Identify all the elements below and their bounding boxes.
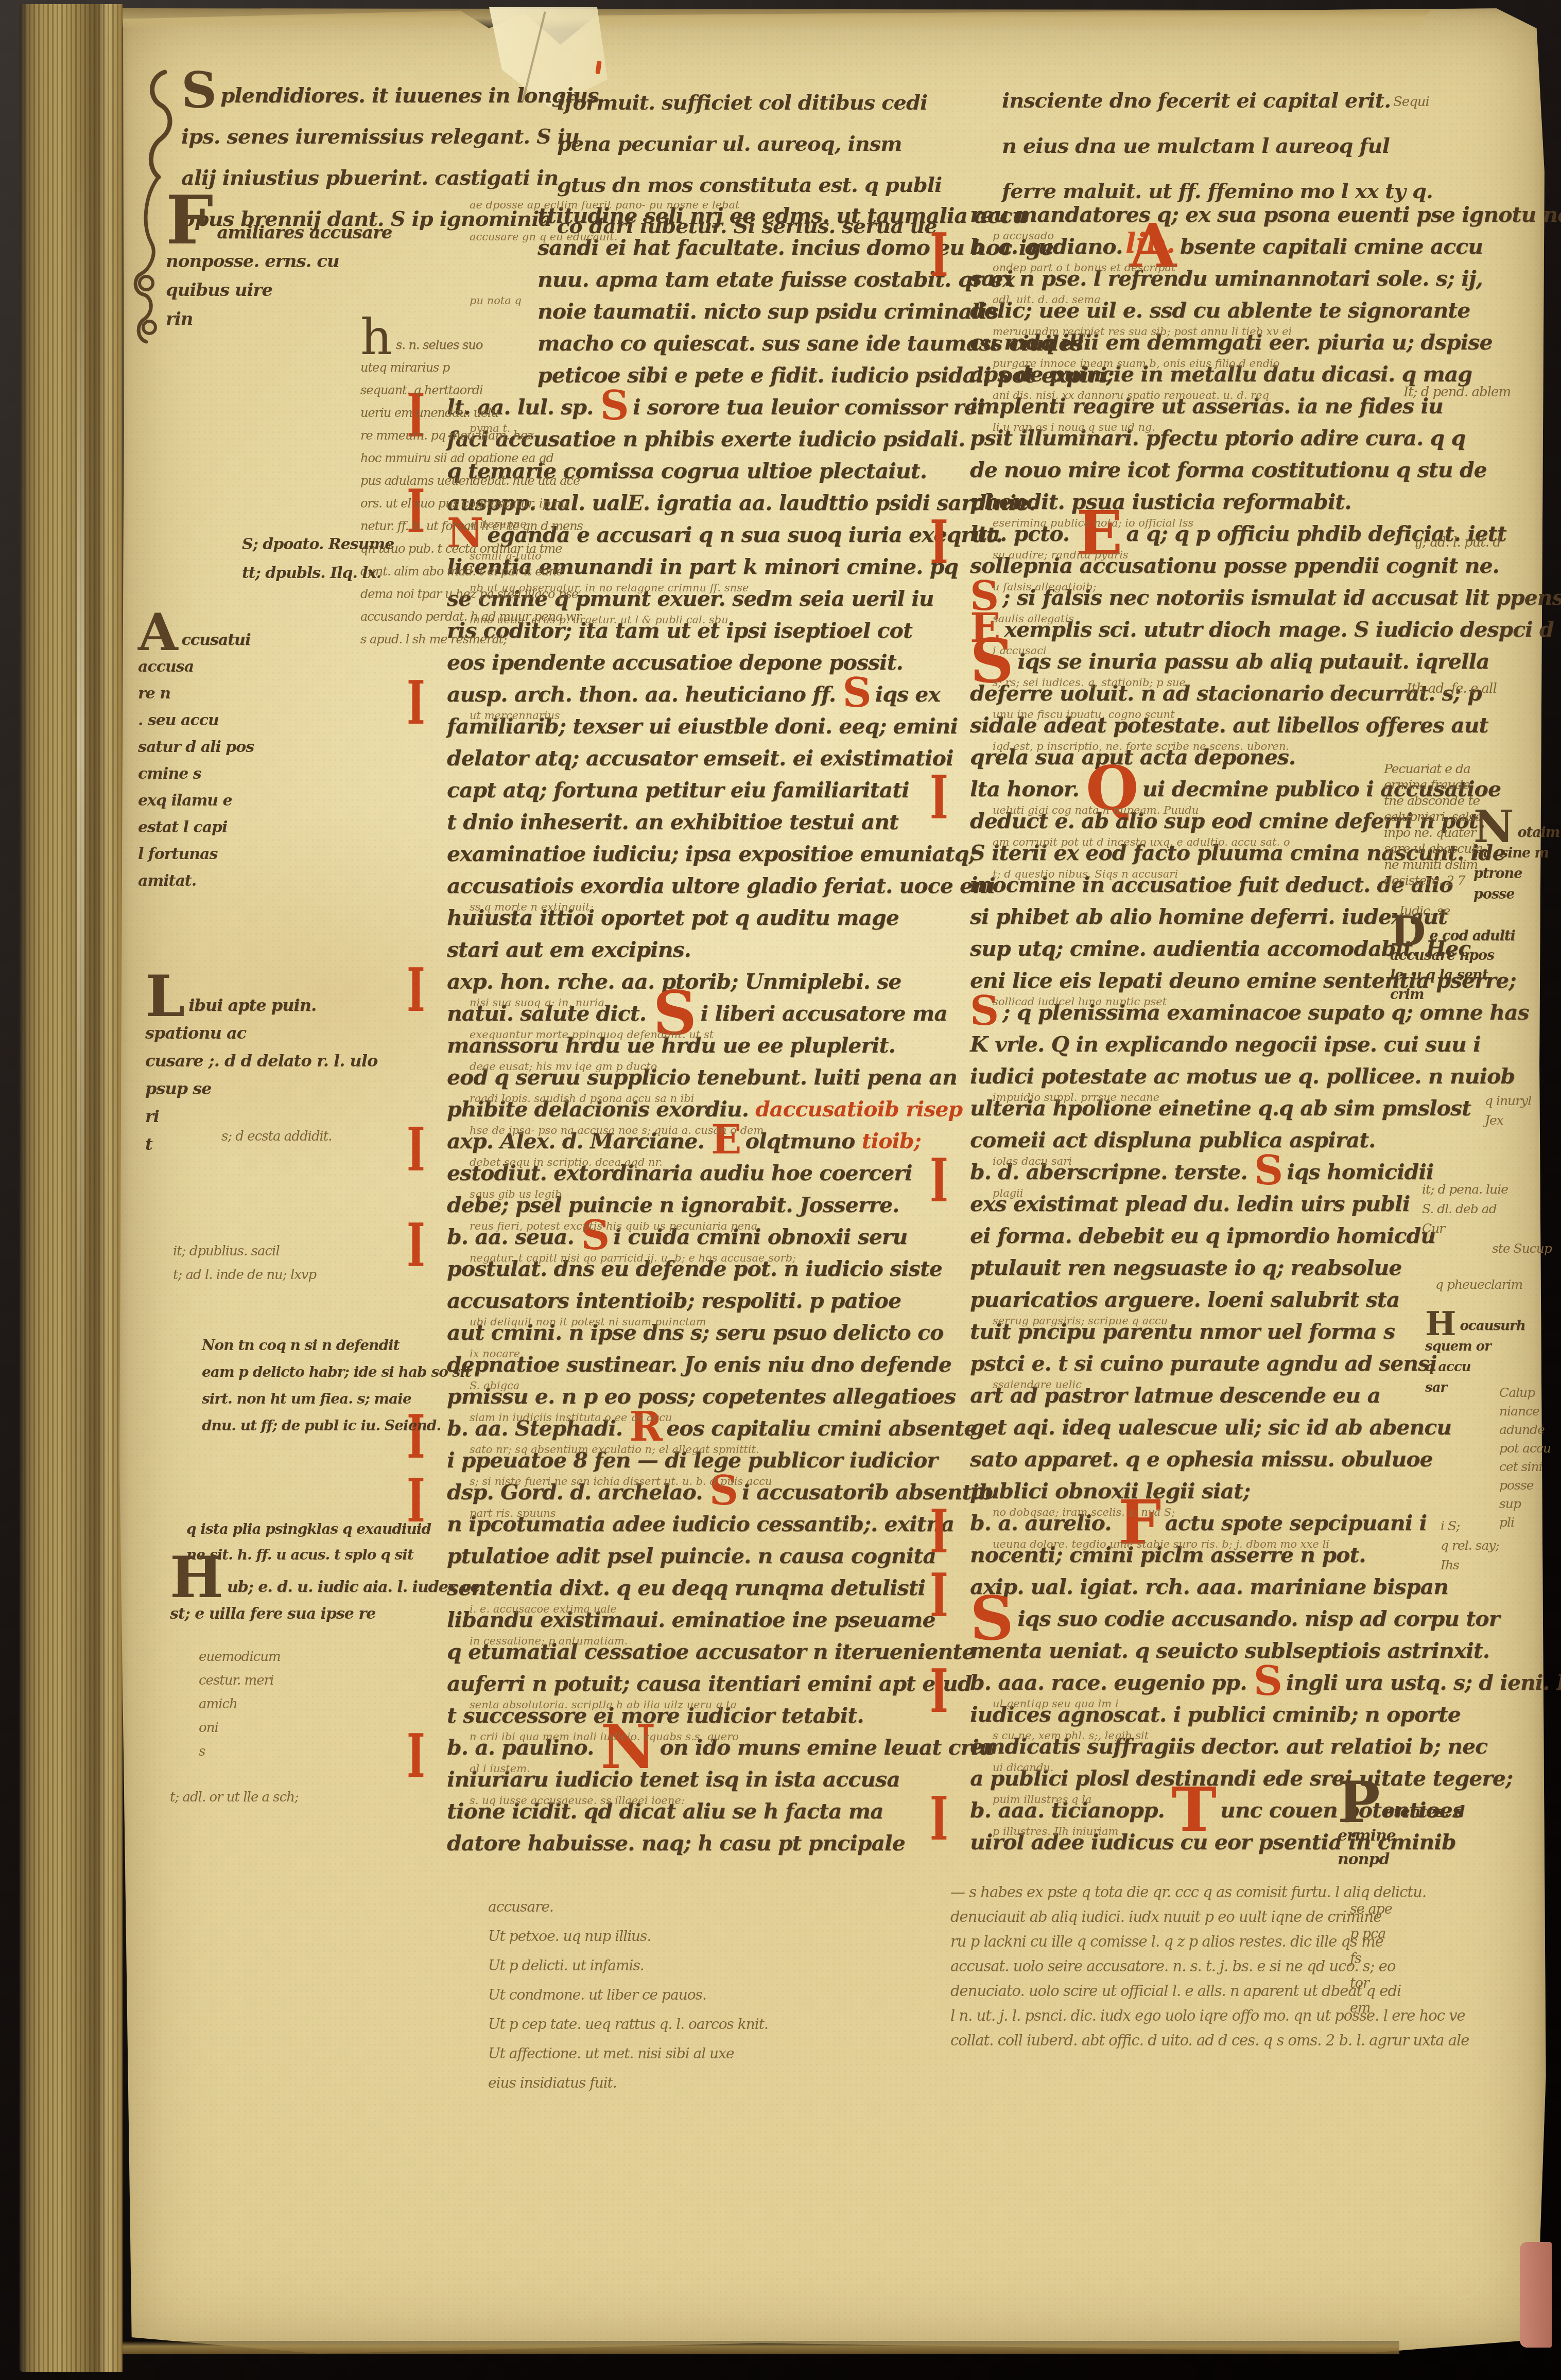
body-text: axip. ual. igiat. rch. aaa. mariniane bi… [970, 1574, 1448, 1599]
margin-gloss-line: Ut p delicti. ut infamis. [488, 1951, 768, 1980]
text-column-right-line: sato apparet. q e ophesia missu. obuluoe [970, 1443, 1561, 1475]
marginal-gloss-13: Sequi [1393, 92, 1429, 112]
margin-gloss-line: q rel. say; [1441, 1536, 1499, 1555]
interlinear-gloss: accusare gn q eu educauit. [470, 221, 617, 253]
body-text: get aqi. ideq ualescue uli; sic id ab ab… [970, 1415, 1451, 1440]
interlinear-gloss: s. uq iusse accusaeuse. ss illaeei ioene… [470, 1784, 685, 1816]
marginal-gloss-16: Ith ad. fe. e all [1407, 678, 1497, 699]
interlinear-gloss: ondep part o t bonus et descripat [993, 252, 1175, 284]
margin-gloss-line: oni [199, 1716, 281, 1740]
interlinear-gloss: meruaundm recipiet res sua sib; post ann… [993, 316, 1292, 347]
body-text: datore habuisse. naq; h casu pt pncipale [447, 1831, 905, 1856]
margin-gloss-line: Accusatui [138, 627, 254, 654]
marginal-gloss-7: it; dpublius. sacilt; ad l. inde de nu; … [173, 1239, 316, 1287]
text-column-right-line: li u rap os i noua q sue ud ng.psit illu… [970, 422, 1561, 454]
margin-gloss-line: S. dl. deb ad [1422, 1199, 1508, 1219]
marginal-gloss-22: it; d pena. luieS. dl. deb adCur [1422, 1180, 1508, 1238]
body-text: iqs suo codie accusando. nisp ad corpu t… [1017, 1606, 1499, 1631]
body-text: examinatioe iudiciu; ipsa expositioe emu… [447, 842, 976, 866]
body-text: menta ueniat. q seuicto sublseptiois ast… [970, 1638, 1489, 1663]
margin-gloss-line: nonpd [1338, 1848, 1464, 1871]
interlinear-gloss: unu ine fiscu ipuatu. cogno scunt [993, 698, 1175, 730]
text-column-right-line: impuidio suppl. prrsue necaneulteria hpo… [970, 1092, 1561, 1124]
interlinear-gloss: negatur. t capitl nisi qo parricid ij. u… [470, 1242, 796, 1274]
margin-gloss-line: insciente dno fecerit ei capital erit. [1002, 78, 1433, 124]
margin-gloss-line: estat l capi [138, 814, 254, 841]
red-paragraph-initial-I: I [930, 516, 948, 569]
book-gutter-page-stack [20, 4, 123, 2372]
interlinear-gloss: debet sequ in scriptio. dcea aqd nr. [470, 1146, 663, 1178]
body-text: ingli ura ustq. s; d ieni. H [1286, 1670, 1561, 1695]
margin-gloss-line: ne sit. h. ff. u acus. t splo q sit [186, 1542, 431, 1568]
interlinear-gloss: ubi deliquit non it potest ni suam puinc… [470, 1306, 706, 1338]
body-text: capt atq; fortuna petitur eiu familiarit… [447, 778, 909, 802]
red-paragraph-initial-I: I [407, 676, 425, 730]
gloss-text: ccusatui [182, 631, 251, 649]
page-head-edge [123, 8, 1430, 31]
margin-gloss-line: t; adl. or ut lle a sch; [170, 1786, 299, 1809]
margin-gloss-line: accusando perdat. h ad muur pena wr [360, 605, 583, 628]
interlinear-gloss: exequantur morte ppinquoq defendant. ut … [470, 1019, 714, 1051]
margin-gloss-line: Hub; e. d. u. iudic aia. l. iudex ce; [170, 1574, 485, 1601]
text-column-right-line: K vrle. Q in explicando negocii ipse. cu… [970, 1028, 1561, 1060]
gutter-highlight [77, 154, 84, 2110]
margin-gloss-line: i S; [1441, 1516, 1499, 1536]
margin-gloss-line: Libui apte puin. [145, 991, 377, 1019]
interlinear-gloss: hse de ipsa- pso na accusa noe s; quia a… [470, 1114, 764, 1146]
margin-gloss-line: tt; dpubls. Ilq. lx. [242, 559, 394, 588]
body-text: stari aut em excipins. [447, 937, 691, 962]
margin-gloss-line: it; d pena. luie [1422, 1180, 1508, 1199]
marginal-gloss-23: ste Sucup [1492, 1239, 1552, 1258]
interlinear-gloss: sato nr; sq absentium exculatio n; el al… [470, 1433, 759, 1465]
interlinear-gloss: impuidio suppl. prrsue necane [993, 1081, 1159, 1113]
margin-gloss-line: re n [138, 680, 254, 707]
marginal-gloss-29: se apep pcafstorem [1350, 1897, 1392, 2021]
margin-gloss-line: exq ilamu e [138, 787, 254, 814]
interlinear-gloss: ae dposse ap ectlim fuerit pano- pu nosn… [470, 189, 739, 221]
margin-gloss-line: accusare. [488, 1892, 768, 1921]
gloss-text: s. n. selues suo [396, 338, 482, 352]
body-text: i accusatorib absentib [742, 1480, 993, 1504]
interlinear-gloss: plagii [993, 1177, 1024, 1209]
margin-gloss-line: t; ad l. inde de nu; lxvp [173, 1263, 316, 1287]
margin-gloss-line: inpo ne. quater [1384, 825, 1482, 841]
margin-gloss-line: Familiares accusare [166, 218, 392, 247]
margin-gloss-line: Ut condmone. ut liber ce pauos. [488, 1980, 768, 2009]
margin-gloss-line: le. u q la sent [1390, 966, 1515, 985]
body-text: noie taumatii. nicto sup psidu criminali… [537, 299, 998, 324]
marginal-gloss-4: Accusatuiaccusare n. seu accusatur d ali… [138, 627, 254, 895]
gloss-text: otaim [1518, 825, 1560, 841]
marginal-gloss-27: i S;q rel. say;Ihs [1441, 1516, 1499, 1575]
margin-gloss-line: s; d ecsta addidit. [221, 1125, 332, 1148]
gloss-text: ocausurh [1460, 1318, 1525, 1334]
body-text: ptulauit ren negsuaste io q; reabsolue [970, 1255, 1401, 1280]
margin-gloss-line: rin [166, 305, 392, 334]
rubricated-initial-S: S [1254, 1658, 1282, 1705]
interlinear-gloss: s cu ne, xem phl. s;, legib sit [993, 1720, 1149, 1752]
body-text: iqs homicidii [1287, 1160, 1433, 1184]
gloss-text: e cod adulti [1429, 928, 1515, 944]
margin-gloss-line: Ihs [1441, 1555, 1499, 1575]
margin-gloss-line: Hocausurh [1425, 1316, 1525, 1336]
text-column-right-line: saulis allegatisExemplis sci. ututr dioc… [970, 614, 1561, 645]
interlinear-gloss: p accusado [993, 220, 1054, 252]
marginal-gloss-10: Hub; e. d. u. iudic aia. l. iudex ce;st;… [170, 1574, 485, 1627]
margin-gloss-line: em [1350, 1996, 1392, 2021]
interlinear-gloss: am corrupit pot ut d incesto uxq. e adul… [993, 826, 1290, 858]
footnote-list-left: accusare.Ut petxoe. uq nup illius.Ut p d… [488, 1892, 768, 2097]
red-paragraph-initial-I: I [930, 229, 948, 282]
margin-gloss-line: p pca [1350, 1922, 1392, 1947]
margin-gloss-line: n eius dna ue mulctam l aureoq ful [1002, 124, 1433, 169]
marginal-gloss-2: hs. n. selues suouteq mirarius psequant.… [360, 334, 583, 651]
margin-gloss-line: posse [1473, 884, 1559, 905]
interlinear-gloss: s; si niste fueri ne sen ichia dissert u… [470, 1465, 772, 1497]
margin-gloss-line: ne muniti dslim [1384, 856, 1482, 872]
interlinear-gloss: al i iustem. [470, 1753, 530, 1784]
red-paragraph-initial-I: I [407, 1219, 425, 1272]
interlinear-gloss: ix nocare. [470, 1338, 524, 1370]
margin-gloss-line: quibus uire [166, 276, 392, 305]
margin-gloss-line: S; dpoato. Resume [242, 530, 394, 559]
interlinear-gloss: u falsis allegatioib; [993, 571, 1097, 603]
text-column-right-line: de nouo mire icot forma costitutionu q s… [970, 454, 1561, 486]
interlinear-gloss: in cessatione; p antumatiam. [470, 1625, 628, 1657]
margin-gloss-line: cestur. meri [199, 1669, 281, 1692]
margin-gloss-line: q ista plia psingklas q exaudiuid [186, 1516, 431, 1542]
red-paragraph-initial-I: I [930, 1569, 948, 1622]
interlinear-gloss: part ris. spuuns [470, 1497, 556, 1529]
margin-gloss-line: Pecuariat e da [1384, 761, 1482, 777]
gloss-text: ibui apte puin. [188, 995, 316, 1015]
margin-gloss-line: dnu. ut ff; de publ ic iu. Seiend. [202, 1412, 471, 1439]
page-bottom-edge [123, 2341, 1399, 2354]
interlinear-gloss: t; d questio nibus. Siqs n accusari [993, 858, 1178, 890]
margin-gloss-line: ips. senes iuremissius relegant. S iu [181, 116, 598, 157]
margin-gloss-line: na. sine m [1473, 843, 1559, 864]
interlinear-gloss: puim illustres q la [993, 1783, 1091, 1815]
margin-gloss-line: it; dpublius. sacil [173, 1239, 316, 1263]
margin-gloss-line: Jex [1485, 1111, 1531, 1130]
margin-gloss-line: collat. coll iuberd. abt offic. d uito. … [950, 2028, 1469, 2053]
margin-gloss-line: Notaim [1473, 822, 1559, 843]
interlinear-gloss: ss q morte n extinguit; [470, 891, 594, 923]
margin-gloss-line: Ut affectione. ut met. nisi sibi al uxe [488, 2039, 768, 2068]
interlinear-gloss: reus fieri, potest excptis his quib us p… [470, 1210, 757, 1242]
margin-gloss-line: cmine s [138, 761, 254, 787]
margin-gloss-line: Ith ad. fe. e all [1407, 678, 1497, 699]
text-column-right-line: reu mandatores q; ex sua psona euenti ps… [970, 199, 1561, 231]
margin-gloss-line: amich [199, 1692, 281, 1716]
margin-gloss-line: l fortunas [138, 841, 254, 868]
interlinear-gloss: ueluti gigi cog nata n nupeam. Puudu [993, 794, 1199, 826]
marginal-gloss-14: It; d pend. ablem [1403, 382, 1511, 402]
red-paragraph-initial-I: I [930, 1505, 948, 1559]
interlinear-gloss: eserimina publice nota; io official lss [993, 507, 1193, 539]
margin-gloss-line: pena pecuniar ul. aureoq, insm [557, 124, 942, 165]
margin-gloss-line: se ape [1350, 1897, 1392, 1922]
interlinear-gloss: ul gentiqp seu qua lm i [993, 1688, 1119, 1720]
interlinear-gloss: squs gib us legib [470, 1178, 562, 1210]
body-text: bsente capitali cmine accu [1180, 234, 1483, 259]
rubric-red-text: daccusatioib risep [755, 1097, 962, 1122]
margin-gloss-line: ermina fraude [1384, 777, 1482, 793]
margin-gloss-line: iformuit. sufficiet col ditibus cedi [557, 82, 942, 124]
marginal-gloss-15: ij; ad. l. put. d [1415, 532, 1501, 553]
marginal-gloss-26: Calupnianceadundepot accucet sinipossesu… [1499, 1384, 1551, 1532]
margin-gloss-line: Splendidiores. it iuuenes in longius [181, 75, 598, 116]
margin-gloss-line: s [199, 1740, 281, 1763]
margin-gloss-line: ueriu em unendau. uelu [360, 401, 583, 424]
gloss-text: plendidiores. it iuuenes in longius [220, 83, 598, 108]
interlinear-gloss: li u rap os i noua q sue ud ng. [993, 411, 1155, 443]
interlinear-gloss: ut mercennarius [470, 699, 560, 731]
margin-gloss-line: It; d pend. ablem [1403, 382, 1511, 402]
gloss-text: amiliares accusare [217, 222, 392, 243]
marginal-gloss-21: q inurylJex [1485, 1091, 1531, 1130]
body-text: ptulatioe adit psel puincie. n causa cog… [447, 1544, 936, 1568]
margin-gloss-line: amitat. [138, 868, 254, 895]
body-text: i sorore tua leuior comissor rei [633, 395, 984, 419]
margin-gloss-line: niance [1499, 1402, 1551, 1421]
decorated-initial-S: S [181, 61, 216, 119]
text-column-right-line: s cu ne, xem phl. s;, legib sitemdicatis… [970, 1730, 1561, 1762]
body-text: de nouo mire icot forma costitutionu q s… [970, 458, 1487, 482]
red-paragraph-initial-I: I [930, 1792, 948, 1846]
margin-gloss-line: uteq mirarius p [360, 356, 583, 379]
text-column-right-line: get aqi. ideq ualescue uli; sic id ab ab… [970, 1411, 1561, 1443]
margin-gloss-line: pot accu [1499, 1439, 1551, 1458]
interlinear-gloss: pu nota q [470, 285, 522, 317]
margin-gloss-line: q accu [1425, 1357, 1525, 1377]
margin-gloss-line: ptrone [1473, 864, 1559, 884]
margin-gloss-line: satur d ali pos [138, 734, 254, 761]
text-column-right-line: p illustres. Ilh iniuriamuirol adee iudi… [970, 1826, 1561, 1858]
red-paragraph-initial-I: I [930, 1665, 948, 1718]
rubric-red-text: tioib; [862, 1129, 921, 1153]
interlinear-gloss: siam in iudiciis instituta o ee qs accu [470, 1402, 672, 1433]
margin-gloss-line: . seu accu [138, 707, 254, 734]
interlinear-gloss: S. abigca [470, 1370, 519, 1402]
interlinear-gloss: adl. uit. d. ad. sema [993, 284, 1101, 316]
margin-gloss-line: Ut petxoe. uq nup illius. [488, 1921, 768, 1951]
margin-gloss-line: Non tn coq n si n defendit [202, 1332, 471, 1359]
margin-gloss-line: st; e uilla fere sua ipse re [170, 1601, 485, 1627]
marginal-gloss-24: q pheueclarim [1435, 1275, 1522, 1294]
margin-gloss-line: calupniari. salsa [1384, 809, 1482, 825]
margin-gloss-line: ij; ad. l. put. d [1415, 532, 1501, 553]
marginal-gloss-9: q ista plia psingklas q exaudiuidne sit.… [186, 1516, 431, 1568]
interlinear-gloss: no dobqsae; iram scelis. s; nya S; [993, 1496, 1175, 1528]
margin-gloss-line: Potentes. d [1338, 1800, 1464, 1824]
margin-gloss-line: eius insidiatus fuit. [488, 2068, 768, 2097]
rubricated-initial-S: S [600, 382, 629, 429]
body-text: ei forma. debebit eu q ipmordio homicdu [970, 1223, 1435, 1248]
margin-gloss-line: re mmeum. pq meu illam. hez [360, 424, 583, 447]
marginal-gloss-6: s; d ecsta addidit. [221, 1125, 332, 1148]
margin-gloss-line: cusare ;. d d delato r. l. ulo [145, 1047, 377, 1075]
margin-gloss-line: pli [1499, 1513, 1551, 1532]
fore-edge-tab [1520, 2242, 1552, 2348]
margin-gloss-line: accusa [138, 654, 254, 680]
manuscript-photo: lib. Splendidiores. it iuuenes in longiu… [0, 0, 1561, 2380]
red-paragraph-initial-I: I [407, 1729, 425, 1783]
marginal-gloss-28: Potentes. derminenonpd [1338, 1800, 1464, 1871]
margin-gloss-line: cet sini [1499, 1458, 1551, 1476]
interlinear-gloss: serrug pargsiris; scripue q accu [993, 1305, 1168, 1337]
margin-gloss-line: adunde [1499, 1421, 1551, 1439]
margin-gloss-line: ste Sucup [1492, 1239, 1552, 1258]
margin-gloss-line: posse [1499, 1476, 1551, 1495]
red-paragraph-initial-I: I [407, 964, 425, 1017]
margin-gloss-line: sup [1499, 1495, 1551, 1513]
gloss-text: otentes. d [1384, 1803, 1464, 1821]
margin-gloss-line: accusare npos [1390, 946, 1515, 966]
margin-gloss-line: crim [1390, 985, 1515, 1005]
text-column-right: reu mandatores q; ex sua psona euenti ps… [970, 199, 1561, 1858]
rubricated-initial-S: S [1254, 1147, 1282, 1194]
margin-gloss-line: tne absconde te [1384, 793, 1482, 809]
body-text: iqs ex [875, 682, 940, 707]
interlinear-gloss: p illustres. Ilh iniuriam [993, 1815, 1118, 1847]
body-text: t dnio inheserit. an exhibitioe testui a… [447, 810, 898, 834]
margin-gloss-line: desistere. 2 7 [1384, 872, 1482, 888]
text-column-right-line: Iaxip. ual. igiat. rch. aaa. mariniane b… [970, 1571, 1561, 1603]
marginal-gloss-1: Familiares accusarenonposse. erns. cuqui… [166, 218, 392, 334]
interlinear-gloss: ssaiendare uelic [993, 1369, 1082, 1401]
interlinear-gloss: purgare innoce ineam suam b, onis eius f… [993, 347, 1279, 379]
body-text: delator atq; accusator emseit. ei existi… [447, 746, 953, 771]
marginal-gloss-17: Pecuariat e daermina fraudetne absconde … [1384, 761, 1482, 888]
margin-gloss-line: De cod adulti [1390, 926, 1515, 946]
marginal-gloss-3: S; dpoato. Resumett; dpubls. Ilq. lx. [242, 530, 394, 588]
margin-gloss-line: ors. ut el suo pus cognoscatur. ip nu [360, 492, 583, 515]
margin-gloss-line: q inuryl [1485, 1091, 1531, 1111]
gloss-text: ub; e. d. u. iudic aia. l. iudex ce; [227, 1578, 485, 1596]
marginal-gloss-11: euemodicumcestur. meriamichonis [199, 1645, 281, 1763]
interlinear-gloss: ui dicandu. [993, 1752, 1054, 1783]
interlinear-gloss: ueuna dolore. tegdio ume stabie suro ris… [993, 1528, 1329, 1560]
marginal-gloss-18: Notaimna. sine mptroneposse [1473, 822, 1559, 905]
interlinear-gloss: su audire; randita pyuris [993, 539, 1129, 571]
interlinear-gloss: s; rs; sei iudices. q, stationib; p sue. [993, 667, 1189, 698]
interlinear-gloss: ani dis. nisi. xx dannoru spatio remouea… [993, 379, 1269, 411]
marginal-gloss-8: Non tn coq n si n defenditeam p delicto … [202, 1332, 471, 1439]
interlinear-gloss: iqd est, p inscriptio, ne. forte scribe … [993, 730, 1289, 762]
text-column-right-line: Siqs suo codie accusando. nisp ad corpu … [970, 1603, 1561, 1635]
interlinear-gloss: sollicad iudicel luna nuptic pset [993, 986, 1167, 1018]
margin-gloss-line: Sequi [1393, 92, 1429, 112]
body-text: xemplis sci. ututr dioch mage. S iudicio… [1004, 617, 1561, 642]
red-paragraph-initial-I: I [930, 771, 948, 825]
marginal-gloss-12: t; adl. or ut lle a sch; [170, 1786, 299, 1809]
interlinear-gloss: deae eusat; his mv iqe gm p ducto [470, 1051, 657, 1082]
interlinear-gloss: iolas dacu sari [993, 1145, 1072, 1177]
margin-gloss-line: psup se [145, 1075, 377, 1102]
margin-gloss-line: sequant. q herttaordi [360, 379, 583, 401]
body-text: i liberi accusatore ma [701, 1001, 947, 1026]
margin-gloss-line: Calup [1499, 1384, 1551, 1402]
margin-gloss-line: hoc mmuiru sii ad opatione ea qd [360, 447, 583, 469]
margin-gloss-line: euemodicum [199, 1645, 281, 1669]
margin-gloss-line: sare ul abaccula [1384, 841, 1482, 856]
interlinear-gloss: i. e. accusacoe extima uale [470, 1593, 617, 1625]
red-paragraph-initial-I: I [407, 1123, 425, 1177]
rubricated-initial-S: S [842, 670, 871, 716]
body-text: eos ipendente accusatioe depone possit. [447, 650, 903, 675]
body-text: si phibet ab alio homine deferri. iudex … [970, 904, 1447, 929]
body-text: reu mandatores q; ex sua psona euenti ps… [970, 202, 1561, 227]
margin-gloss-line: s apud. l sh me resmerat; [360, 628, 583, 651]
body-text: exs existimat plead du. ledin uirs publi [970, 1192, 1410, 1216]
margin-gloss-line: spationu ac [145, 1019, 377, 1047]
margin-gloss-line: squem or [1425, 1336, 1525, 1357]
margin-gloss-line: eam p delicto habr; ide si hab so sit [202, 1359, 471, 1386]
body-text: K vrle. Q in explicando negocii ipse. cu… [970, 1032, 1481, 1057]
margin-gloss-line: tor [1350, 1971, 1392, 1996]
margin-gloss-line: Ut p cep tate. ueq rattus q. l. oarcos k… [488, 2009, 768, 2039]
body-text: sato apparet. q e ophesia missu. obuluoe [970, 1447, 1433, 1472]
interlinear-gloss: nisi sua suoq q: in, nuria [470, 987, 604, 1019]
margin-gloss-line: fs [1350, 1947, 1392, 1971]
margin-gloss-line: Cur [1422, 1219, 1508, 1238]
interlinear-gloss: i accusaci [993, 635, 1047, 667]
margin-gloss-line: hs. n. selues suo [360, 334, 583, 356]
marginal-gloss-20: De cod adultiaccusare nposle. u q la sen… [1390, 926, 1515, 1005]
red-paragraph-initial-I: I [930, 1154, 948, 1207]
margin-gloss-line: q pheueclarim [1435, 1275, 1522, 1294]
interlinear-gloss: raadi lopis. saudish d psona accu sa n i… [470, 1082, 695, 1114]
margin-gloss-line: ermine [1338, 1824, 1464, 1848]
header-column-3: insciente dno fecerit ei capital erit.n … [1002, 78, 1433, 214]
margin-gloss-line: nonposse. erns. cu [166, 247, 392, 276]
margin-gloss-line: pus adulams ueuendebat. hue uta ace [360, 469, 583, 492]
interlinear-gloss: n crii ibi qua mem inali iudicio. squabs… [470, 1721, 739, 1753]
margin-gloss-line: sirt. non ht um fiea. s; maie [202, 1386, 471, 1412]
